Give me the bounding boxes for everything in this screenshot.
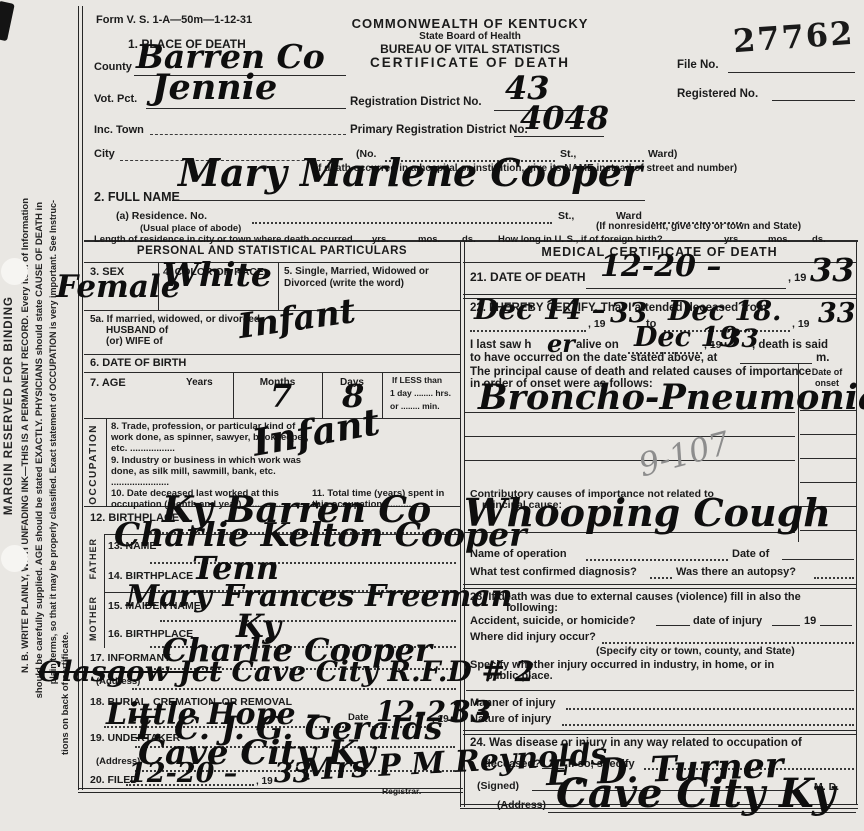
rule <box>252 222 552 224</box>
full-name-value: Mary Marlene Cooper <box>178 154 642 192</box>
margin-note-line2: should be carefully supplied. AGE should… <box>34 202 45 698</box>
rule <box>586 288 786 289</box>
mos-label: mos. <box>418 234 440 245</box>
inc-town-label: Inc. Town <box>94 124 144 137</box>
attended-from-value: Dec 14 – <box>474 296 606 324</box>
full-name-label: 2. FULL NAME <box>94 190 180 205</box>
foreign-birth-label: How long in U. S., if of foreign birth? <box>498 234 663 245</box>
burial-year-value: 33 <box>450 698 492 728</box>
residence-label: (a) Residence. No. <box>116 210 207 222</box>
rule <box>466 690 854 691</box>
rule <box>800 434 856 435</box>
informant-address-kept: Cave City R.F.D # 2 <box>222 655 534 688</box>
last-saw-her: er <box>547 332 575 356</box>
injury-year-prefix: 19 <box>804 615 816 628</box>
rule <box>566 708 854 710</box>
rule <box>820 625 852 626</box>
death-certificate-page: MARGIN RESERVED FOR BINDING N. B. WRITE … <box>0 0 864 831</box>
last-saw-year: 33 <box>724 326 759 351</box>
scan-artifact <box>0 1 15 41</box>
contributory-value: Whooping Cough <box>464 494 831 532</box>
primary-district-label: Primary Registration District No. <box>350 124 528 138</box>
rule <box>602 642 854 644</box>
filed-year-prefix: , 19 <box>256 776 273 788</box>
rule <box>562 724 854 726</box>
ds-label: ds. <box>462 234 476 245</box>
marital-label: 5. Single, Married, Widowed or Divorced … <box>284 266 456 290</box>
occurred-text: to have occurred on the date stated abov… <box>470 352 717 366</box>
punch-hole <box>1 258 28 285</box>
last-saw-mid: alive on <box>576 339 619 353</box>
rule <box>146 108 346 109</box>
external-causes-label-2: following: <box>506 602 558 615</box>
yrs-label: yrs. <box>724 234 741 245</box>
form-number: Form V. S. 1-A—50m—1-12-31 <box>96 14 252 27</box>
vot-pct-value: Jennie <box>152 70 277 105</box>
autopsy-label: Was there an autopsy? <box>676 566 796 579</box>
date-of-label: Date of <box>732 548 769 561</box>
less-than-label-3: or ........ min. <box>390 401 440 411</box>
where-injury-label: Where did injury occur? <box>470 631 596 644</box>
rule <box>150 134 346 135</box>
file-no-label: File No. <box>677 59 719 73</box>
primary-district-value: 4048 <box>520 102 609 134</box>
physician-address-value: Cave City Ky <box>556 774 835 814</box>
rule <box>160 620 456 622</box>
rule <box>740 363 812 364</box>
mother-vertical-label: MOTHER <box>88 596 98 641</box>
father-vertical-label: FATHER <box>88 538 98 579</box>
test-label: What test confirmed diagnosis? <box>470 566 637 579</box>
rule <box>463 584 856 589</box>
death-said-text: , death is said <box>752 339 828 353</box>
attended-to-value: Dec 18. <box>668 298 781 325</box>
rule <box>84 354 460 355</box>
county-label: County <box>94 61 132 74</box>
city-ward-paren: Ward) <box>648 148 677 160</box>
cell-divider <box>104 534 105 592</box>
rule <box>728 72 855 73</box>
right-border <box>856 240 857 804</box>
date-of-death-year: 33 <box>810 254 855 286</box>
rule <box>782 559 854 560</box>
certificate-stamp-number: 27762 <box>732 14 856 60</box>
occupation-item9-label: 9. Industry or business in which work wa… <box>111 455 316 489</box>
rule <box>814 577 854 579</box>
registered-no-label: Registered No. <box>677 88 758 102</box>
age-years-label: Years <box>186 377 213 389</box>
nonresident-note: (If nonresident, give city or town and S… <box>596 221 801 233</box>
mother-name-value: Mary Frances Freeman <box>126 582 513 612</box>
rule <box>586 559 728 561</box>
date-of-birth-label: 6. DATE OF BIRTH <box>90 357 186 370</box>
attended-to-year: 33 <box>818 300 856 327</box>
husband-wife-value: Infant <box>236 294 357 344</box>
accident-label: Accident, suicide, or homicide? <box>470 615 636 628</box>
cell-divider <box>382 372 383 418</box>
cause-code-value: 9-107 <box>635 427 732 482</box>
margin-binding-text: MARGIN RESERVED FOR BINDING <box>3 296 15 515</box>
less-than-label-2: 1 day ........ hrs. <box>390 388 451 398</box>
rule <box>84 372 460 373</box>
principal-cause-value: Broncho-Pneumonia <box>478 380 864 415</box>
vot-pct-label: Vot. Pct. <box>94 93 137 106</box>
margin-note-line4: tions on back of certificate. <box>60 632 71 755</box>
ds-label: ds. <box>812 234 826 245</box>
commonwealth-title: COMMONWEALTH OF KENTUCKY <box>340 16 600 31</box>
date-of-death-value: 12-20 – <box>600 252 721 282</box>
registration-district-label: Registration District No. <box>350 96 482 110</box>
color-race-value: White <box>162 258 272 291</box>
residence-st-label: St., <box>558 210 574 222</box>
husband-wife-label-3: (or) WIFE of <box>106 336 163 348</box>
personal-section-title: PERSONAL AND STATISTICAL PARTICULARS <box>84 245 460 259</box>
city-label: City <box>94 148 115 161</box>
cell-divider <box>104 592 105 648</box>
specify-city-note: (Specify city or town, county, and State… <box>596 645 795 657</box>
last-saw-prefix: I last saw h <box>470 339 531 353</box>
rule <box>172 200 645 201</box>
rule <box>772 625 800 626</box>
date-of-death-label: 21. DATE OF DEATH <box>470 270 586 284</box>
rule <box>772 100 855 101</box>
filed-date-value: 12-20 – <box>128 760 237 787</box>
rule <box>84 262 460 263</box>
dod-year-prefix: , 19 <box>788 272 806 285</box>
length-residence-label: Length of residence in city or town wher… <box>94 234 353 245</box>
m-label: m. <box>816 352 829 366</box>
mos-label: mos. <box>768 234 790 245</box>
rule <box>465 460 795 461</box>
rule <box>465 436 795 437</box>
rule <box>800 482 856 483</box>
yrs-label: yrs. <box>372 234 389 245</box>
punch-hole <box>1 545 28 572</box>
abode-note: (Usual place of abode) <box>140 223 241 234</box>
cell-divider <box>106 418 107 506</box>
age-months-value: 7 <box>270 380 292 412</box>
to-year-prefix: , 19 <box>792 318 810 330</box>
rule <box>656 625 690 626</box>
age-label: 7. AGE <box>90 377 126 390</box>
last-saw-value: Dec 19 <box>634 324 738 351</box>
rule <box>650 577 672 579</box>
registrar-label: Registrar. <box>382 786 421 796</box>
date-of-injury-label: date of injury <box>693 615 762 628</box>
signed-label: (Signed) <box>477 780 519 792</box>
rule <box>132 688 456 690</box>
certificate-title: CERTIFICATE OF DEATH <box>340 55 600 71</box>
rule <box>463 730 856 735</box>
informant-address-value: Glasgow Jct Cave City R.F.D # 2 <box>38 658 534 686</box>
physician-address-label: (Address) <box>497 799 546 811</box>
informant-address-struck: Glasgow Jct <box>38 655 222 688</box>
rule <box>800 458 856 459</box>
occupation-vertical-label: OCCUPATION <box>88 424 99 505</box>
less-than-label-1: If LESS than <box>392 375 442 385</box>
